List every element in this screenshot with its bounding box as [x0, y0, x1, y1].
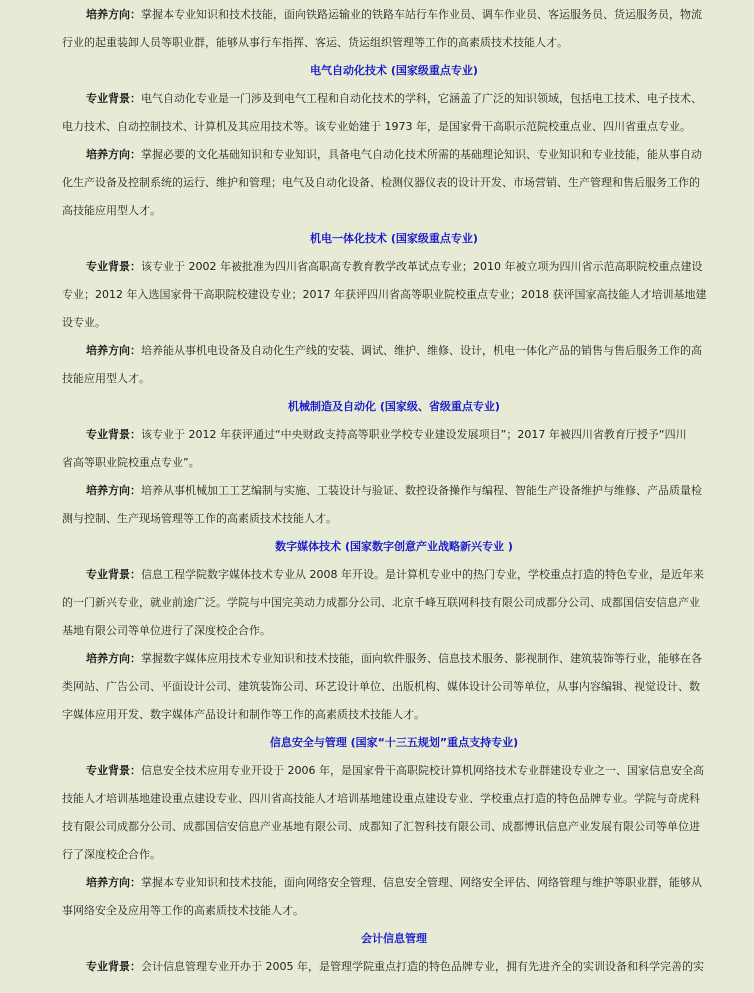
paragraph: 培养方向：掌握必要的文化基础知识和专业知识，具备电气自动化技术所需的基础理论知识…	[62, 141, 726, 225]
paragraph-label: 培养方向：	[86, 344, 141, 357]
paragraph-text: 掌握数字媒体应用技术专业知识和技术技能，面向软件服务、信息技术服务、影视制作、建…	[62, 652, 702, 721]
paragraph-label: 专业背景：	[86, 92, 141, 105]
paragraph-label: 培养方向：	[86, 652, 141, 665]
section-heading: 数字媒体技术 (国家数字创意产业战略新兴专业 )	[62, 533, 726, 561]
paragraph-text: 电气自动化专业是一门涉及到电气工程和自动化技术的学科，它涵盖了广泛的知识领域，包…	[62, 92, 702, 133]
paragraph: 培养方向：掌握本专业知识和技术技能，面向网络安全管理、信息安全管理、网络安全评估…	[62, 869, 726, 925]
paragraph: 培养方向：培养从事机械加工工艺编制与实施、工装设计与验证、数控设备操作与编程、智…	[62, 477, 726, 533]
paragraph: 培养方向：培养能从事机电设备及自动化生产线的安装、调试、维护、维修、设计，机电一…	[62, 337, 726, 393]
section-heading: 机电一体化技术 (国家级重点专业)	[62, 225, 726, 253]
paragraph-label: 培养方向：	[86, 148, 141, 161]
paragraph-text: 掌握本专业知识和技术技能，面向网络安全管理、信息安全管理、网络安全评估、网络管理…	[62, 876, 702, 917]
paragraph-label: 专业背景：	[86, 428, 141, 441]
paragraph-label: 专业背景：	[86, 260, 141, 273]
paragraph: 培养方向：掌握数字媒体应用技术专业知识和技术技能，面向软件服务、信息技术服务、影…	[62, 645, 726, 729]
paragraph: 专业背景：会计信息管理专业开办于 2005 年，是管理学院重点打造的特色品牌专业…	[62, 953, 726, 981]
document-page: 培养方向：掌握本专业知识和技术技能，面向铁路运输业的铁路车站行车作业员、调车作业…	[0, 0, 754, 993]
paragraph-text: 掌握必要的文化基础知识和专业知识，具备电气自动化技术所需的基础理论知识、专业知识…	[62, 148, 702, 217]
section-heading: 会计信息管理	[62, 925, 726, 953]
paragraph-text: 会计信息管理专业开办于 2005 年，是管理学院重点打造的特色品牌专业，拥有先进…	[141, 960, 704, 973]
paragraph-label: 专业背景：	[86, 764, 141, 777]
paragraph-label: 培养方向：	[86, 8, 141, 21]
paragraph-text: 培养从事机械加工工艺编制与实施、工装设计与验证、数控设备操作与编程、智能生产设备…	[62, 484, 702, 525]
paragraph: 专业背景：该专业于 2002 年被批准为四川省高职高专教育教学改革试点专业；20…	[62, 253, 726, 337]
paragraph: 专业背景：信息安全技术应用专业开设于 2006 年，是国家骨干高职院校计算机网络…	[62, 757, 726, 869]
section-heading: 电气自动化技术 (国家级重点专业)	[62, 57, 726, 85]
paragraph-text: 信息安全技术应用专业开设于 2006 年，是国家骨干高职院校计算机网络技术专业群…	[62, 764, 704, 861]
paragraph-text: 培养能从事机电设备及自动化生产线的安装、调试、维护、维修、设计，机电一体化产品的…	[62, 344, 702, 385]
paragraph: 专业背景：该专业于 2012 年获评通过“中央财政支持高等职业学校专业建设发展项…	[62, 421, 726, 477]
paragraph-label: 培养方向：	[86, 876, 141, 889]
paragraph: 专业背景：电气自动化专业是一门涉及到电气工程和自动化技术的学科，它涵盖了广泛的知…	[62, 85, 726, 141]
paragraph-text: 信息工程学院数字媒体技术专业从 2008 年开设。是计算机专业中的热门专业，学校…	[62, 568, 704, 637]
paragraph: 专业背景：信息工程学院数字媒体技术专业从 2008 年开设。是计算机专业中的热门…	[62, 561, 726, 645]
section-heading: 信息安全与管理 (国家“十三五规划”重点支持专业)	[62, 729, 726, 757]
section-heading: 机械制造及自动化 (国家级、省级重点专业)	[62, 393, 726, 421]
paragraph-text: 该专业于 2012 年获评通过“中央财政支持高等职业学校专业建设发展项目”；20…	[62, 428, 687, 469]
document-body: 培养方向：掌握本专业知识和技术技能，面向铁路运输业的铁路车站行车作业员、调车作业…	[62, 1, 726, 981]
paragraph-label: 培养方向：	[86, 484, 141, 497]
paragraph-text: 该专业于 2002 年被批准为四川省高职高专教育教学改革试点专业；2010 年被…	[62, 260, 706, 329]
paragraph-label: 专业背景：	[86, 960, 141, 973]
paragraph-label: 专业背景：	[86, 568, 141, 581]
paragraph-text: 掌握本专业知识和技术技能，面向铁路运输业的铁路车站行车作业员、调车作业员、客运服…	[62, 8, 702, 49]
paragraph: 培养方向：掌握本专业知识和技术技能，面向铁路运输业的铁路车站行车作业员、调车作业…	[62, 1, 726, 57]
